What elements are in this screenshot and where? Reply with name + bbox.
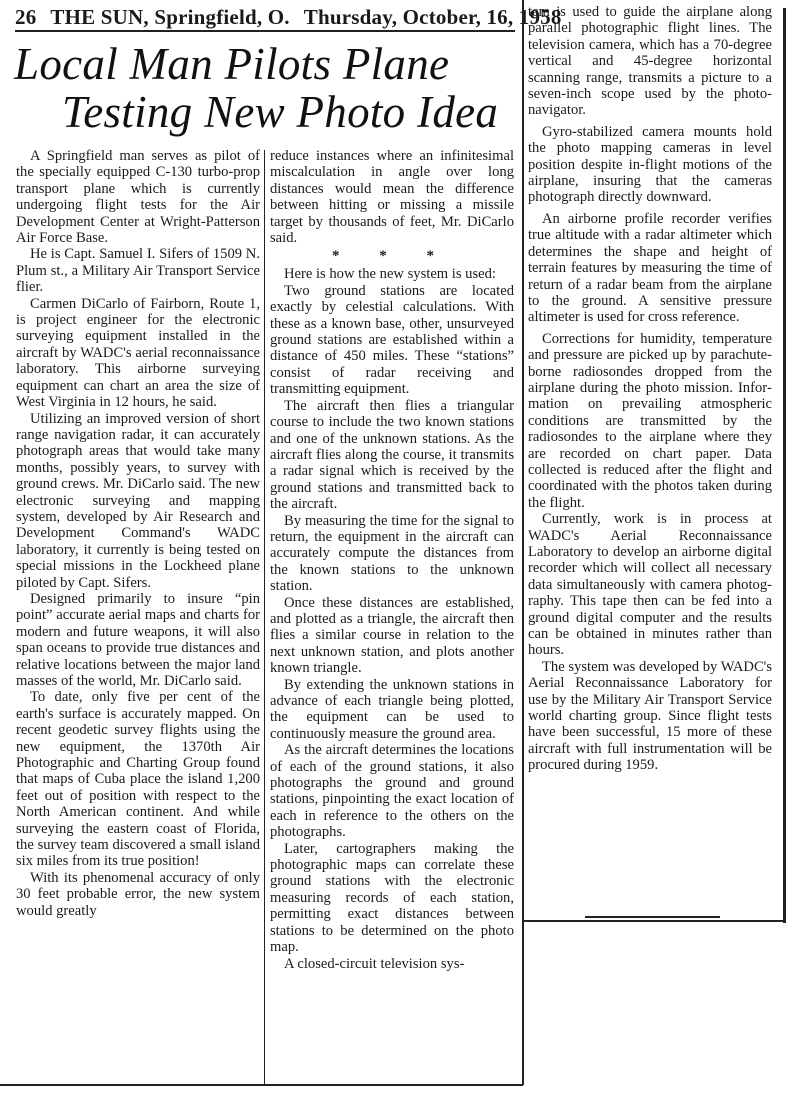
paragraph: Carmen DiCarlo of Fairborn, Route 1, is … bbox=[16, 296, 260, 411]
paragraph: To date, only five per cent of the earth… bbox=[16, 689, 260, 869]
paragraph: Utilizing an improved version of short r… bbox=[16, 411, 260, 591]
headline-line-2: Testing New Photo Idea bbox=[62, 88, 498, 136]
clipping-bottom-edge-right bbox=[523, 920, 785, 922]
paragraph: As the aircraft determines the locations… bbox=[270, 742, 514, 840]
paragraph: Gyro-stabilized camera mounts hold the p… bbox=[528, 124, 772, 206]
paragraph: A Springfield man serves as pilot of the… bbox=[16, 148, 260, 246]
paragraph: The aircraft then flies a trian­gular co… bbox=[270, 398, 514, 513]
clipping-bottom-edge-left bbox=[0, 1084, 523, 1086]
masthead: 26 THE SUN, Springfield, O. Thursday, Oc… bbox=[15, 4, 515, 32]
column-divider-1 bbox=[264, 150, 265, 1085]
paragraph: Later, cartographers making the photogra… bbox=[270, 841, 514, 956]
paragraph-continued: tem is used to guide the airplane along … bbox=[528, 4, 772, 119]
paragraph: Currently, work is in process at WADC's … bbox=[528, 511, 772, 659]
article-column-2: reduce instances where an infini­tesimal… bbox=[270, 148, 514, 972]
headline-line-1: Local Man Pilots Plane bbox=[14, 40, 449, 88]
paragraph: The system was developed by WADC's Aeria… bbox=[528, 659, 772, 774]
paragraph: An airborne profile recorder verifies tr… bbox=[528, 211, 772, 326]
paragraph: With its phenomenal accuracy of only 30 … bbox=[16, 870, 260, 919]
newspaper-clipping: 26 THE SUN, Springfield, O. Thursday, Oc… bbox=[0, 0, 800, 1113]
article-column-3: tem is used to guide the airplane along … bbox=[528, 4, 772, 774]
article-column-1: A Springfield man serves as pilot of the… bbox=[16, 148, 260, 919]
paper-name: THE SUN, Springfield, O. bbox=[50, 5, 289, 30]
section-separator: * * * bbox=[270, 246, 514, 266]
paragraph: He is Capt. Samuel I. Sifers of 1509 N. … bbox=[16, 246, 260, 295]
paragraph: By extending the unknown sta­tions in ad… bbox=[270, 677, 514, 743]
paragraph: Two ground stations are located exactly … bbox=[270, 283, 514, 398]
end-rule bbox=[585, 916, 720, 918]
paragraph: By measuring the time for the signal to … bbox=[270, 513, 514, 595]
paragraph: Designed primarily to insure “pin point”… bbox=[16, 591, 260, 689]
page-number: 26 bbox=[15, 5, 36, 30]
clipping-right-edge bbox=[783, 8, 786, 923]
paragraph: Here is how the new system is used: bbox=[270, 266, 514, 282]
paragraph: Once these distances are es­tablished, a… bbox=[270, 595, 514, 677]
paragraph: A closed-circuit television sys- bbox=[270, 956, 514, 972]
column-divider-2 bbox=[522, 0, 524, 1085]
paragraph-continued: reduce instances where an infini­tesimal… bbox=[270, 148, 514, 246]
paragraph: Corrections for humidity, tem­perature a… bbox=[528, 331, 772, 511]
